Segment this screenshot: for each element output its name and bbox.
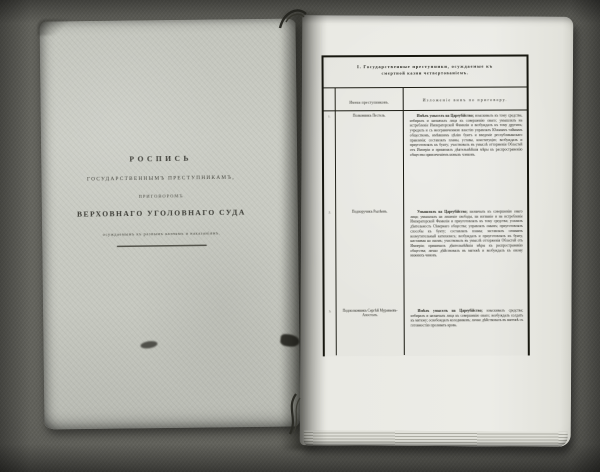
charges-text: Имѣлъ умыселъ на Цареубійство; изыскивал… — [404, 305, 528, 355]
charges-text: Умышлялъ на Цареубійство; назначалъ къ с… — [403, 206, 527, 306]
column-header-names: Имена преступниковъ. — [335, 88, 403, 110]
row-number: 1. — [324, 111, 335, 207]
table-row: 2. Подпоручикъ Рылѣевъ. Умышлялъ на Царе… — [324, 206, 527, 306]
ink-smudge — [280, 334, 300, 348]
table-row: 3. Подполковникъ Сергѣй Муравьевъ-Апосто… — [325, 305, 528, 355]
row-number: 3. — [325, 306, 336, 355]
ink-smudge — [140, 340, 158, 349]
page-stack-edges — [304, 430, 568, 447]
sentence-table: I. Государственные преступники, осуждаем… — [322, 54, 530, 356]
title-line-3: ПРИГОВОРОМЪ — [42, 192, 281, 200]
binding-thread-icon — [276, 4, 312, 34]
title-page-text-block: РОСПИСЬ ГОСУДАРСТВЕННЫМЪ ПРЕСТУПНИКАМЪ, … — [41, 153, 298, 248]
ornament-rule — [117, 245, 207, 248]
right-page: I. Государственные преступники, осуждаем… — [300, 15, 574, 447]
charges-rest: назначалъ къ совершенію онаго лица; умыш… — [410, 209, 523, 258]
convict-name: Подполковникъ Сергѣй Муравьевъ-Апостолъ. — [336, 306, 404, 355]
convict-name: Полковникъ Пестель. — [335, 111, 403, 207]
table-column-headers: Имена преступниковъ. Изложеніе винъ по п… — [324, 87, 527, 110]
table-row: 1. Полковникъ Пестель. Имѣлъ умыселъ на … — [324, 110, 527, 207]
title-line-5: осуждаемымъ къ разнымъ казнямъ и наказан… — [42, 230, 281, 238]
left-book-cover: РОСПИСЬ ГОСУДАРСТВЕННЫМЪ ПРЕСТУПНИКАМЪ, … — [40, 18, 301, 429]
title-line-4: ВЕРХОВНАГО УГОЛОВНАГО СУДА — [42, 208, 281, 219]
binding-thread-icon — [280, 392, 308, 438]
column-header-number — [324, 88, 335, 110]
title-line-2: ГОСУДАРСТВЕННЫМЪ ПРЕСТУПНИКАМЪ, — [41, 174, 280, 182]
title-line-main: РОСПИСЬ — [41, 154, 280, 165]
section-header-line1: I. Государственные преступники, осуждаем… — [324, 63, 527, 69]
photo-of-open-book: РОСПИСЬ ГОСУДАРСТВЕННЫМЪ ПРЕСТУПНИКАМЪ, … — [0, 0, 600, 472]
section-header: I. Государственные преступники, осуждаем… — [324, 56, 527, 87]
convict-name: Подпоручикъ Рылѣевъ. — [335, 207, 403, 306]
charges-text: Имѣлъ умыселъ на Цареубійство; изыскивал… — [403, 110, 527, 207]
charges-rest: изыскивалъ къ тому средства, избиралъ и … — [410, 113, 523, 157]
section-header-line2: смертной казни четвертованіемъ. — [324, 70, 527, 76]
column-header-charges: Изложеніе винъ по приговору. — [403, 87, 527, 110]
row-number: 2. — [324, 207, 335, 306]
